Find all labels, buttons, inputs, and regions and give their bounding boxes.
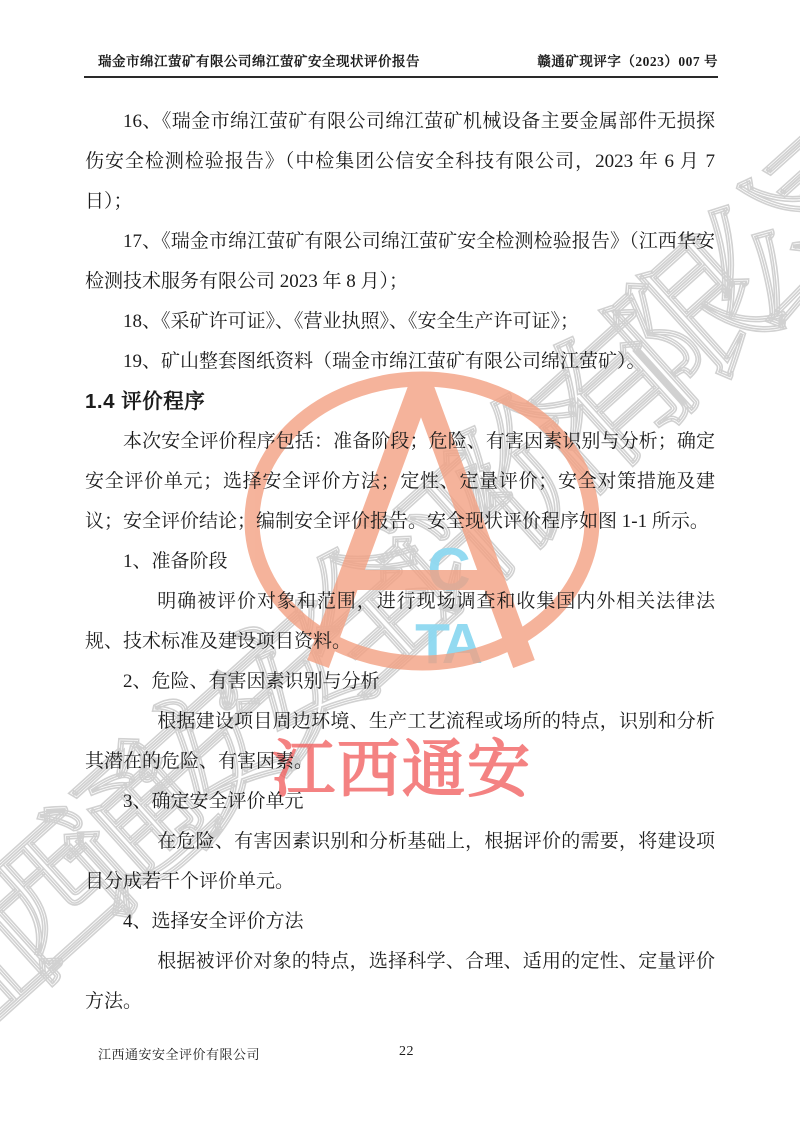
paragraph: 根据被评价对象的特点，选择科学、合理、适用的定性、定量评价方法。 [85, 942, 715, 1022]
document-body: 16、《瑞金市绵江萤矿有限公司绵江萤矿机械设备主要金属部件无损探伤安全检测检验报… [85, 102, 715, 1022]
paragraph: 1.4 评价程序 [85, 382, 715, 422]
paragraph: 明确被评价对象和范围，进行现场调查和收集国内外相关法律法规、技术标准及建设项目资… [85, 582, 715, 662]
paragraph: 3、确定安全评价单元 [85, 782, 715, 822]
paragraph: 1、准备阶段 [85, 542, 715, 582]
paragraph: 17、《瑞金市绵江萤矿有限公司绵江萤矿安全检测检验报告》（江西华安检测技术服务有… [85, 222, 715, 302]
paragraph: 2、危险、有害因素识别与分析 [85, 662, 715, 702]
header-rule [84, 76, 718, 78]
page-header: 瑞金市绵江萤矿有限公司绵江萤矿安全现状评价报告 赣通矿现评字（2023）007 … [84, 50, 718, 78]
paragraph: 4、选择安全评价方法 [85, 902, 715, 942]
page-number: 22 [98, 1044, 715, 1060]
paragraph: 根据建设项目周边环境、生产工艺流程或场所的特点，识别和分析其潜在的危险、有害因素… [85, 702, 715, 782]
paragraph: 19、矿山整套图纸资料（瑞金市绵江萤矿有限公司绵江萤矿）。 [85, 342, 715, 382]
header-document-number: 赣通矿现评字（2023）007 号 [537, 50, 718, 70]
header-report-title: 瑞金市绵江萤矿有限公司绵江萤矿安全现状评价报告 [98, 50, 420, 70]
document-page: 江西通安安全评价有限公司 C TA 江西通安 瑞金市绵江萤矿有限公司绵江萤矿安全… [0, 0, 800, 1131]
paragraph: 18、《采矿许可证》、《营业执照》、《安全生产许可证》； [85, 302, 715, 342]
paragraph: 在危险、有害因素识别和分析基础上，根据评价的需要，将建设项目分成若干个评价单元。 [85, 822, 715, 902]
paragraph: 本次安全评价程序包括：准备阶段；危险、有害因素识别与分析；确定安全评价单元；选择… [85, 422, 715, 542]
paragraph: 16、《瑞金市绵江萤矿有限公司绵江萤矿机械设备主要金属部件无损探伤安全检测检验报… [85, 102, 715, 222]
